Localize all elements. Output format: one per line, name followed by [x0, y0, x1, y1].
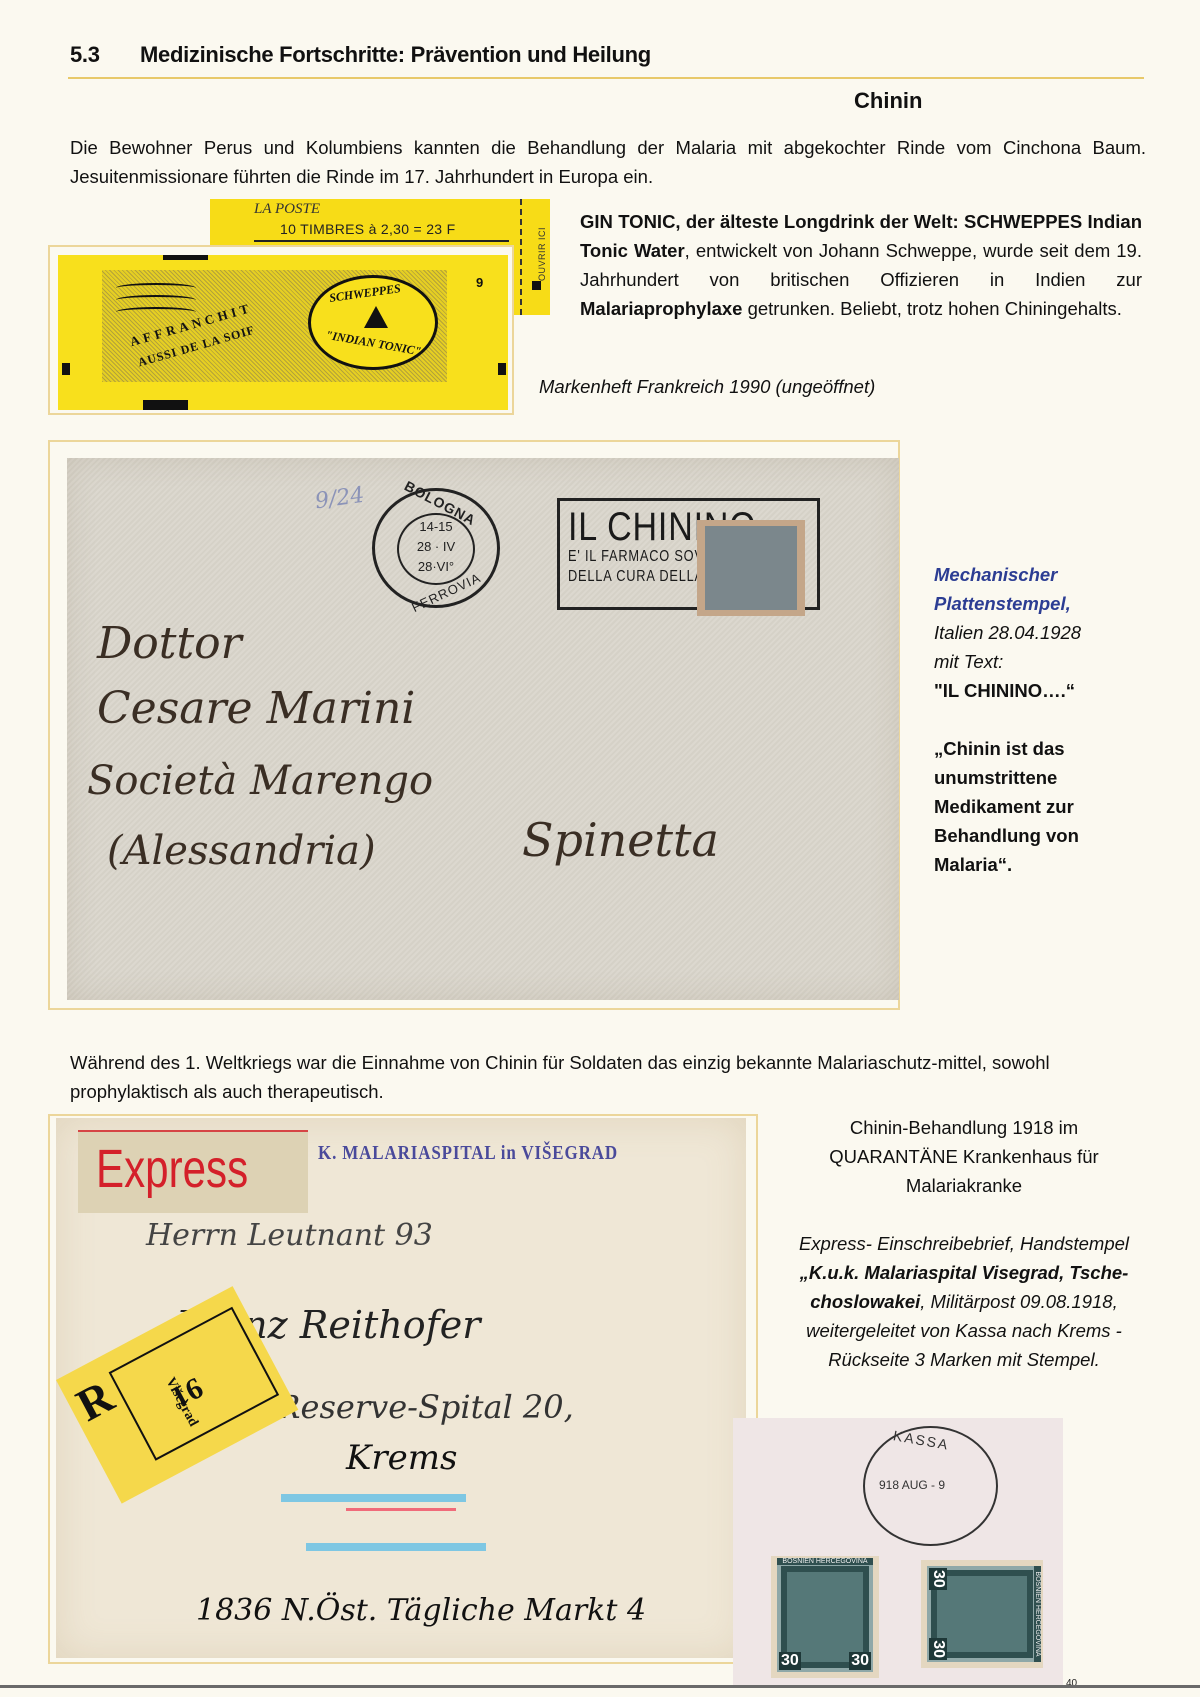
stamp-value: 30: [849, 1652, 871, 1670]
postmark-year: 28·VI°: [399, 559, 473, 574]
ww1-paragraph: Während des 1. Weltkriegs war die Einnah…: [70, 1048, 1146, 1106]
malariaprophylaxe-term: Malariaprophylaxe: [580, 298, 742, 319]
desc-line: weitergeleitet von Kassa nach Krems -: [760, 1316, 1168, 1345]
section-title: Medizinische Fortschritte: Prävention un…: [140, 42, 651, 68]
booklet-rule: [254, 240, 509, 242]
section-number: 5.3: [70, 42, 100, 68]
gin-tonic-text-end: getrunken. Beliebt, trotz hohen Chininge…: [742, 298, 1122, 319]
hospital-handstamp: K. MALARIASPITAL in VIŠEGRAD: [318, 1142, 618, 1165]
header-divider: [68, 77, 1144, 79]
address-line: Krems: [346, 1438, 457, 1478]
bottle-cap-icon: SCHWEPPES "INDIAN TONIC": [308, 275, 438, 370]
quote-line: „Chinin ist das: [934, 734, 1174, 763]
desc-line: Rückseite 3 Marken mit Stempel.: [760, 1345, 1168, 1374]
intro-paragraph: Die Bewohner Perus und Kolumbiens kannte…: [70, 133, 1146, 191]
booklet-brand: LA POSTE: [254, 201, 320, 218]
booklet-price: 10 TIMBRES à 2,30 = 23 F: [280, 221, 455, 237]
wave-cancel-icon: [116, 283, 196, 293]
pencil-note: 9/24: [314, 483, 366, 515]
address-line: Cesare Marini: [97, 683, 415, 734]
subheading: Chinin: [854, 88, 922, 114]
stamp-country: BOSNIEN HERCEGOVINA: [1034, 1566, 1041, 1662]
express-text: Express: [96, 1138, 248, 1200]
desc-rest: , Militärpost 09.08.1918,: [920, 1291, 1117, 1312]
quote-line: Behandlung von: [934, 821, 1174, 850]
marker-bar: [143, 400, 188, 410]
cancel-date: 918 AUG - 9: [879, 1478, 945, 1492]
italian-cover-description: Mechanischer Plattenstempel, Italien 28.…: [934, 560, 1174, 879]
cap-text-top: SCHWEPPES: [328, 281, 401, 306]
italian-stamp: [697, 520, 805, 616]
pane-number: 9: [476, 275, 483, 290]
desc-line: QUARANTÄNE Krankenhaus für: [760, 1142, 1168, 1171]
marker-square: [532, 281, 541, 290]
kassa-cancel: KASSA 918 AUG - 9: [863, 1426, 998, 1546]
blue-crayon-mark: [306, 1543, 486, 1551]
bosnia-stamp: BOSNIEN HERCEGOVINA 30 30: [771, 1556, 879, 1678]
desc-line: Italien 28.04.1928: [934, 618, 1174, 647]
blue-crayon-mark: [281, 1494, 466, 1502]
postmark-date: 28 · IV: [399, 539, 473, 554]
cancel-city: KASSA: [892, 1427, 951, 1453]
quote-line: unumstrittene: [934, 763, 1174, 792]
marker-square: [62, 363, 70, 375]
address-line: Herrn Leutnant 93: [146, 1218, 433, 1253]
desc-line: Malariakranke: [760, 1171, 1168, 1200]
desc-line: mit Text:: [934, 647, 1174, 676]
express-label: Express: [78, 1130, 308, 1213]
desc-line: Mechanischer: [934, 560, 1174, 589]
stamp-portrait: [705, 526, 797, 610]
booklet-front-image: AFFRANCHIT AUSSI DE LA SOIF SCHWEPPES "I…: [58, 255, 508, 410]
destination: Spinetta: [522, 813, 719, 867]
marker-bar: [163, 255, 208, 260]
desc-line: „K.u.k. Malariaspital Visegrad, Tsche-: [760, 1258, 1168, 1287]
tear-text: OUVRIR ICI: [537, 227, 547, 281]
desc-line: "IL CHININO….“: [934, 676, 1174, 705]
bosnia-stamp: BOSNIEN HERCEGOVINA 30 30: [921, 1560, 1043, 1668]
express-cover-description: Chinin-Behandlung 1918 im QUARANTÄNE Kra…: [760, 1113, 1168, 1374]
postmark-inner-ring: 14-15 28 · IV 28·VI°: [397, 513, 475, 585]
cover-back-image: KASSA 918 AUG - 9 BOSNIEN HERCEGOVINA 30…: [733, 1418, 1063, 1688]
express-cover-image: Express K. MALARIASPITAL in VIŠEGRAD Her…: [56, 1118, 746, 1658]
triangle-logo-icon: [364, 306, 388, 328]
desc-line: Plattenstempel,: [934, 589, 1174, 618]
stamp-value: 30: [779, 1652, 801, 1670]
address-line: Società Marengo: [87, 758, 433, 804]
stamp-value: 30: [929, 1568, 947, 1590]
marker-square: [498, 363, 506, 375]
italian-cover-image: 9/24 BOLOGNA 14-15 28 · IV 28·VI° FERROV…: [67, 458, 899, 1000]
wave-cancel-icon: [116, 295, 196, 305]
perforation-line: [520, 199, 522, 315]
postmark-time: 14-15: [399, 519, 473, 534]
booklet-caption: Markenheft Frankreich 1990 (ungeöffnet): [539, 376, 875, 398]
cap-text-bottom: "INDIAN TONIC": [324, 328, 422, 360]
desc-line: Chinin-Behandlung 1918 im: [760, 1113, 1168, 1142]
bologna-postmark: BOLOGNA 14-15 28 · IV 28·VI° FERROVIA: [372, 488, 500, 608]
desc-line: Express- Einschreibebrief, Handstempel: [760, 1229, 1168, 1258]
gin-tonic-paragraph: GIN TONIC, der älteste Longdrink der Wel…: [580, 207, 1142, 323]
stamp-value: 30: [929, 1638, 947, 1660]
quote-line: Malaria“.: [934, 850, 1174, 879]
address-line: (Alessandria): [107, 828, 376, 874]
gin-tonic-heading: GIN TONIC, der älteste Longdrink der Wel…: [580, 211, 959, 232]
red-crayon-mark: [346, 1508, 456, 1511]
desc-line: choslowakei, Militärpost 09.08.1918,: [760, 1287, 1168, 1316]
desc-bold: choslowakei: [810, 1291, 920, 1312]
quote-line: Medikament zur: [934, 792, 1174, 821]
address-line: Dottor: [97, 618, 242, 669]
address-line: 1836 N.Öst. Tägliche Markt 4: [196, 1593, 646, 1628]
stamp-country: BOSNIEN HERCEGOVINA: [777, 1558, 873, 1565]
wave-cancel-icon: [116, 307, 196, 317]
page-edge: [0, 1685, 1200, 1688]
